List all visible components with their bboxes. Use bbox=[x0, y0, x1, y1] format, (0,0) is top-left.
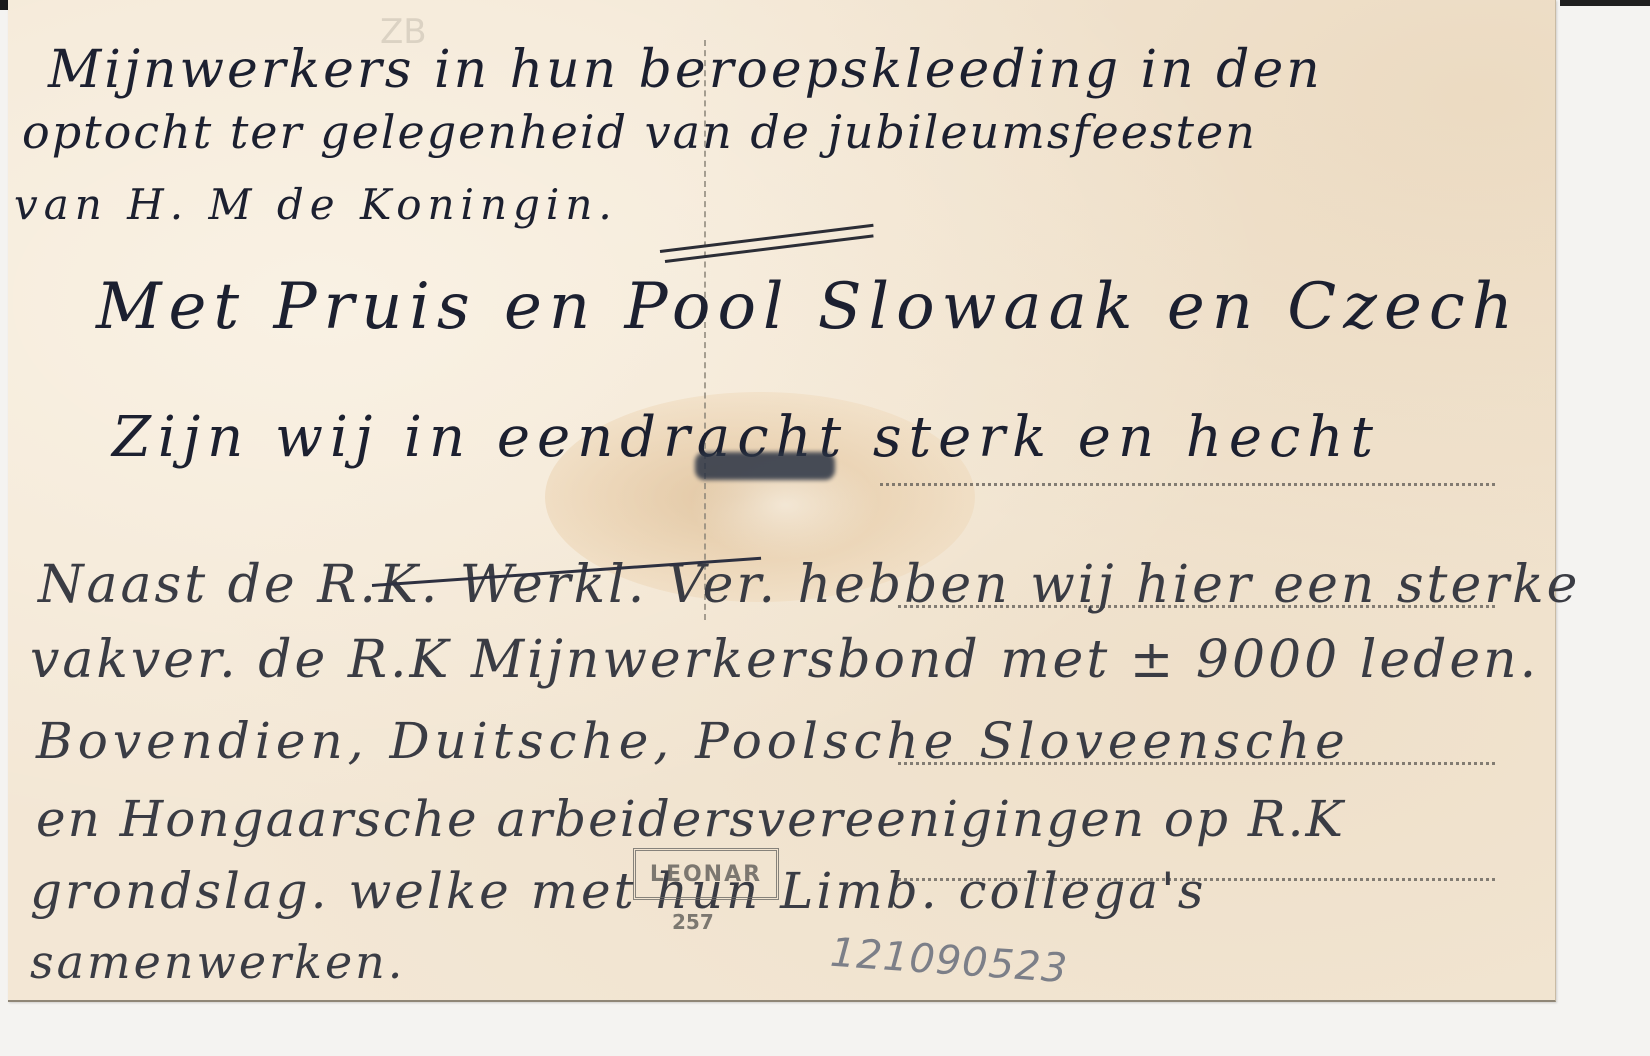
scan-edge-left bbox=[0, 0, 8, 10]
address-line-1 bbox=[880, 483, 1495, 486]
stamp-label: LEONAR bbox=[650, 862, 762, 887]
handwritten-line: grondslag. welke met hun Limb. collega's bbox=[30, 862, 1206, 920]
handwritten-verse-line: Met Pruis en Pool Slowaak en Czech bbox=[96, 270, 1520, 344]
handwritten-line: Bovendien, Duitsche, Poolsche Sloveensch… bbox=[36, 712, 1350, 770]
handwritten-line: optocht ter gelegenheid van de jubileums… bbox=[22, 105, 1257, 159]
publisher-stamp: LEONAR bbox=[633, 848, 779, 900]
ink-smudge bbox=[695, 452, 835, 480]
handwritten-line: vakver. de R.K Mijnwerkersbond met ± 900… bbox=[30, 630, 1539, 690]
handwritten-line: Naast de R.K. Werkl. Ver. hebben wij hie… bbox=[38, 555, 1580, 615]
handwritten-line: van H. M de Koningin. bbox=[14, 180, 618, 229]
handwritten-line: samenwerken. bbox=[30, 935, 405, 989]
handwritten-line: Mijnwerkers in hun beroepskleeding in de… bbox=[48, 40, 1323, 100]
stamp-number: 257 bbox=[672, 910, 714, 934]
scan-edge-right bbox=[1560, 0, 1650, 6]
handwritten-line: en Hongaarsche arbeidersvereenigingen op… bbox=[36, 790, 1345, 848]
